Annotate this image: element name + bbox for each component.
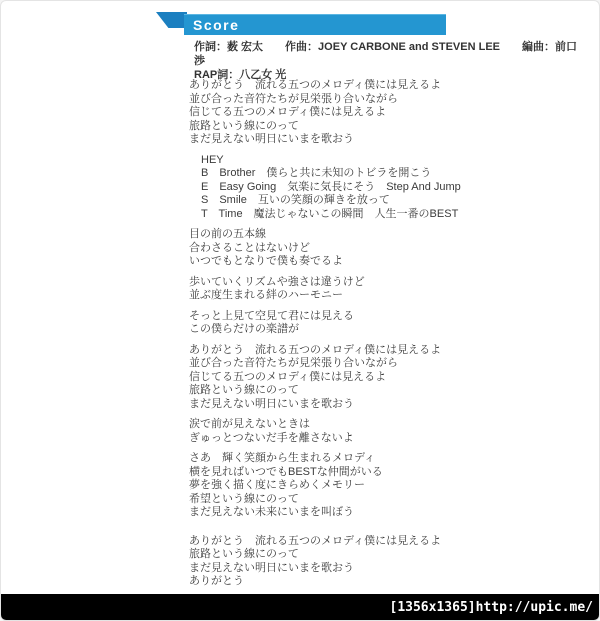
lyric-block: ありがとう 流れる五つのメロディ僕には見えるよ旅路という線にのってまだ見えない明… — [189, 535, 589, 589]
page-title: Score — [184, 15, 446, 35]
lyric-line: 旅路という線にのって — [189, 120, 589, 134]
lyric-line: まだ見えない明日にいまを歌おう — [189, 562, 589, 576]
lyric-block: ありがとう 流れる五つのメロディ僕には見えるよ並び合った音符たちが見栄張り合いな… — [189, 344, 589, 412]
song-credits: 作詞：薮 宏太 作曲：JOEY CARBONE and STEVEN LEE 編… — [194, 40, 584, 82]
lyric-line: 合わさることはないけど — [189, 242, 589, 256]
lyric-line: B Brother 僕らと共に未知のトビラを開こう — [201, 167, 589, 181]
lyric-line: 歩いていくリズムや強さは違うけど — [189, 276, 589, 290]
lyric-line: 旅路という線にのって — [189, 548, 589, 562]
lyric-line: 涙で前が見えないときは — [189, 418, 589, 432]
lyric-line: いつでもとなりで僕も奏でるよ — [189, 255, 589, 269]
lyric-block: 目の前の五本線合わさることはないけどいつでもとなりで僕も奏でるよ — [189, 228, 589, 269]
lyrics-sheet-page: Score 作詞：薮 宏太 作曲：JOEY CARBONE and STEVEN… — [0, 0, 600, 621]
lyric-line: 横を見ればいつでもBESTな仲間がいる — [189, 466, 589, 480]
lyric-line: この僕らだけの楽譜が — [189, 323, 589, 337]
banner-accent-shape — [156, 12, 187, 28]
lyric-line: 並ぶ度生まれる絆のハーモニー — [189, 289, 589, 303]
lyric-block-hey-best: HEYB Brother 僕らと共に未知のトビラを開こうE Easy Going… — [189, 154, 589, 222]
lyric-line: 並び合った音符たちが見栄張り合いながら — [189, 357, 589, 371]
lyric-line: 並び合った音符たちが見栄張り合いながら — [189, 93, 589, 107]
lyric-line: ありがとう — [189, 575, 589, 589]
lyric-line: 夢を強く描く度にきらめくメモリー — [189, 479, 589, 493]
lyric-block: 涙で前が見えないときはぎゅっとつないだ手を離さないよ — [189, 418, 589, 445]
lyric-line: さあ 輝く笑顔から生まれるメロディ — [189, 452, 589, 466]
lyric-line: 旅路という線にのって — [189, 384, 589, 398]
lyrics-body: ありがとう 流れる五つのメロディ僕には見えるよ並び合った音符たちが見栄張り合いな… — [189, 79, 589, 596]
lyric-line: 目の前の五本線 — [189, 228, 589, 242]
lyric-block: ありがとう 流れる五つのメロディ僕には見えるよ並び合った音符たちが見栄張り合いな… — [189, 79, 589, 147]
lyric-block: 歩いていくリズムや強さは違うけど並ぶ度生まれる絆のハーモニー — [189, 276, 589, 303]
lyric-line: まだ見えない未来にいまを叫ぼう — [189, 506, 589, 520]
lyric-line: T Time 魔法じゃないこの瞬間 人生一番のBEST — [201, 208, 589, 222]
lyric-line: ぎゅっとつないだ手を離さないよ — [189, 432, 589, 446]
lyric-line: S Smile 互いの笑顔の輝きを放って — [201, 194, 589, 208]
watermark-text: [1356x1365]http://upic.me/ — [390, 600, 600, 615]
lyric-line: ありがとう 流れる五つのメロディ僕には見えるよ — [189, 535, 589, 549]
lyric-line: まだ見えない明日にいまを歌おう — [189, 133, 589, 147]
lyric-line: E Easy Going 気楽に気長にそう Step And Jump — [201, 181, 589, 195]
watermark-bar: [1356x1365]http://upic.me/ — [1, 594, 599, 620]
lyric-block: そっと上見て空見て君には見えるこの僕らだけの楽譜が — [189, 310, 589, 337]
lyric-line: ありがとう 流れる五つのメロディ僕には見えるよ — [189, 79, 589, 93]
lyric-line: 希望という線にのって — [189, 493, 589, 507]
lyric-line: 信じてる五つのメロディ僕には見えるよ — [189, 106, 589, 120]
lyric-line: そっと上見て空見て君には見える — [189, 310, 589, 324]
lyric-line: ありがとう 流れる五つのメロディ僕には見えるよ — [189, 344, 589, 358]
lyric-line: HEY — [201, 154, 589, 168]
score-banner: Score — [184, 14, 446, 35]
lyric-line: 信じてる五つのメロディ僕には見えるよ — [189, 371, 589, 385]
lyric-line: まだ見えない明日にいまを歌おう — [189, 398, 589, 412]
lyric-block: さあ 輝く笑顔から生まれるメロディ横を見ればいつでもBESTな仲間がいる夢を強く… — [189, 452, 589, 520]
credits-line-1: 作詞：薮 宏太 作曲：JOEY CARBONE and STEVEN LEE 編… — [194, 40, 584, 68]
